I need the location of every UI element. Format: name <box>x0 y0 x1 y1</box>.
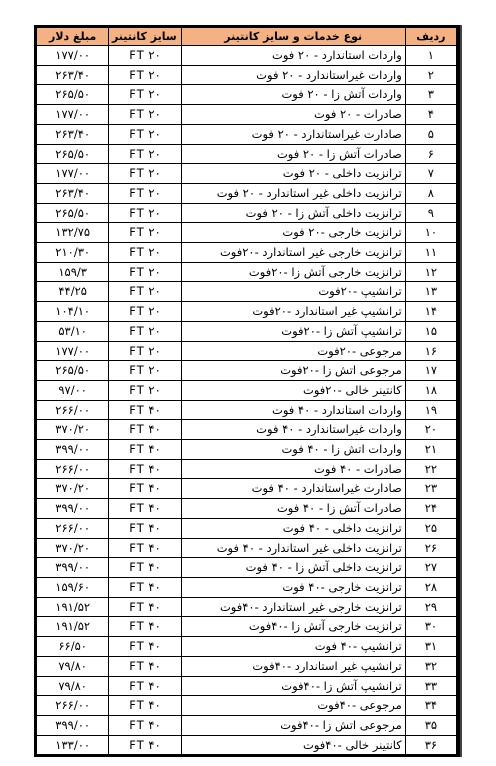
table-row: ۱۱ترانزیت خارجی غیر استاندارد -۲۰فوت۲۰ F… <box>37 243 457 263</box>
service-type-cell: کانتینر خالی -۴۰فوت <box>181 735 405 755</box>
table-row: ۲۵ترانزیت داخلی - ۴۰ فوت۴۰ FT۲۶۶/۰۰ <box>37 518 457 538</box>
table-row: ۸ترانزیت داخلی غیر استاندارد - ۲۰ فوت۲۰ … <box>37 183 457 203</box>
table-row: ۱۹واردات استاندارد - ۴۰ فوت۴۰ FT۲۶۶/۰۰ <box>37 400 457 420</box>
price-cell: ۱۳۲/۷۵ <box>37 223 109 243</box>
table-row: ۱۰ترانزیت خارجی -۲۰ فوت۲۰ FT۱۳۲/۷۵ <box>37 223 457 243</box>
service-type-cell: کانتینر خالی -۲۰فوت <box>181 380 405 400</box>
row-number-cell: ۱ <box>405 46 456 66</box>
service-type-cell: ترانزیت خارجی غیر استاندارد -۴۰فوت <box>181 597 405 617</box>
table-row: ۲۹ترانزیت خارجی غیر استاندارد -۴۰فوت۴۰ F… <box>37 597 457 617</box>
service-type-cell: ترانشیپ غیر استاندارد -۴۰فوت <box>181 656 405 676</box>
container-tariff-table: ردیف نوع خدمات و سایز کانتینر سایز کانتی… <box>36 27 457 755</box>
table-body: ۱واردات استاندارد - ۲۰ فوت۲۰ FT۱۷۷/۰۰۲وا… <box>37 46 457 755</box>
table-row: ۳۱ترانشیپ -۴۰ فوت۴۰ FT۶۶/۵۰ <box>37 637 457 657</box>
row-number-cell: ۹ <box>405 203 456 223</box>
row-number-cell: ۱۲ <box>405 262 456 282</box>
price-cell: ۲۶۳/۴۰ <box>37 124 109 144</box>
container-size-cell: ۲۰ FT <box>109 361 181 381</box>
price-cell: ۳۷۰/۲۰ <box>37 479 109 499</box>
service-type-cell: واردات استاندارد - ۲۰ فوت <box>181 46 405 66</box>
container-size-cell: ۴۰ FT <box>109 499 181 519</box>
service-type-cell: واردات استاندارد - ۴۰ فوت <box>181 400 405 420</box>
service-type-cell: ترانشیپ آتش زا -۴۰فوت <box>181 676 405 696</box>
row-number-cell: ۳ <box>405 85 456 105</box>
table-row: ۴صادرات - ۲۰ فوت۲۰ FT۱۷۷/۰۰ <box>37 105 457 125</box>
container-size-cell: ۴۰ FT <box>109 617 181 637</box>
service-type-cell: ترانزیت خارجی -۴۰ فوت <box>181 577 405 597</box>
price-cell: ۳۹۹/۰۰ <box>37 715 109 735</box>
price-cell: ۱۰۴/۱۰ <box>37 302 109 322</box>
table-row: ۲۸ترانزیت خارجی -۴۰ فوت۴۰ FT۱۵۹/۶۰ <box>37 577 457 597</box>
table-row: ۱واردات استاندارد - ۲۰ فوت۲۰ FT۱۷۷/۰۰ <box>37 46 457 66</box>
row-number-cell: ۴ <box>405 105 456 125</box>
row-number-cell: ۳۴ <box>405 696 456 716</box>
container-size-cell: ۴۰ FT <box>109 676 181 696</box>
row-number-cell: ۲ <box>405 65 456 85</box>
container-size-cell: ۴۰ FT <box>109 597 181 617</box>
table-row: ۳۵مرجوعی اتش زا -۴۰فوت۴۰ FT۳۹۹/۰۰ <box>37 715 457 735</box>
price-cell: ۲۱۰/۳۰ <box>37 243 109 263</box>
service-type-cell: واردات غیراستاندارد - ۴۰ فوت <box>181 420 405 440</box>
service-type-cell: صادرات - ۲۰ فوت <box>181 105 405 125</box>
service-type-cell: ترانزیت داخلی - ۴۰ فوت <box>181 518 405 538</box>
table-row: ۵صادارت غیراستاندارد - ۲۰ فوت۲۰ FT۲۶۳/۴۰ <box>37 124 457 144</box>
table-row: ۲۴صادرات آتش زا - ۴۰ فوت۴۰ FT۳۹۹/۰۰ <box>37 499 457 519</box>
table-row: ۳۴مرجوعی -۴۰فوت۴۰ FT۲۶۶/۰۰ <box>37 696 457 716</box>
price-cell: ۲۶۶/۰۰ <box>37 459 109 479</box>
service-type-cell: صادرات - ۴۰ فوت <box>181 459 405 479</box>
price-cell: ۲۶۶/۰۰ <box>37 400 109 420</box>
service-type-cell: ترانزیت داخلی آتش زا - ۲۰ فوت <box>181 203 405 223</box>
price-cell: ۳۹۹/۰۰ <box>37 440 109 460</box>
container-size-cell: ۲۰ FT <box>109 183 181 203</box>
row-number-cell: ۷ <box>405 164 456 184</box>
row-number-cell: ۳۰ <box>405 617 456 637</box>
row-number-cell: ۱۳ <box>405 282 456 302</box>
price-cell: ۱۵۹/۳ <box>37 262 109 282</box>
service-type-cell: صادارت غیراستاندارد - ۴۰ فوت <box>181 479 405 499</box>
table-row: ۲واردات غیراستاندارد - ۲۰ فوت۲۰ FT۲۶۳/۴۰ <box>37 65 457 85</box>
price-cell: ۳۹۹/۰۰ <box>37 558 109 578</box>
container-size-cell: ۴۰ FT <box>109 715 181 735</box>
container-size-cell: ۴۰ FT <box>109 558 181 578</box>
table-row: ۲۲صادرات - ۴۰ فوت۴۰ FT۲۶۶/۰۰ <box>37 459 457 479</box>
price-cell: ۷۹/۸۰ <box>37 656 109 676</box>
price-cell: ۶۶/۵۰ <box>37 637 109 657</box>
row-number-cell: ۱۴ <box>405 302 456 322</box>
service-type-cell: واردات اتش زا - ۴۰ فوت <box>181 440 405 460</box>
row-number-cell: ۲۲ <box>405 459 456 479</box>
tariff-table-container: ردیف نوع خدمات و سایز کانتینر سایز کانتی… <box>34 25 460 757</box>
price-cell: ۱۷۷/۰۰ <box>37 164 109 184</box>
price-cell: ۱۹۱/۵۲ <box>37 597 109 617</box>
container-size-cell: ۲۰ FT <box>109 302 181 322</box>
row-number-cell: ۲۰ <box>405 420 456 440</box>
row-number-cell: ۶ <box>405 144 456 164</box>
row-number-cell: ۳۱ <box>405 637 456 657</box>
row-number-cell: ۲۹ <box>405 597 456 617</box>
price-cell: ۲۶۶/۰۰ <box>37 696 109 716</box>
price-cell: ۹۷/۰۰ <box>37 380 109 400</box>
container-size-cell: ۴۰ FT <box>109 538 181 558</box>
service-type-cell: ترانشیپ آتش زا -۲۰فوت <box>181 321 405 341</box>
service-type-cell: مرجوعی -۴۰فوت <box>181 696 405 716</box>
header-container-size: سایز کانتینر <box>109 28 181 46</box>
container-size-cell: ۴۰ FT <box>109 696 181 716</box>
price-cell: ۴۴/۲۵ <box>37 282 109 302</box>
table-row: ۳۶کانتینر خالی -۴۰فوت۴۰ FT۱۳۳/۰۰ <box>37 735 457 755</box>
service-type-cell: ترانزیت داخلی غیر استاندارد - ۲۰ فوت <box>181 183 405 203</box>
price-cell: ۲۶۳/۴۰ <box>37 65 109 85</box>
row-number-cell: ۳۶ <box>405 735 456 755</box>
table-row: ۲۳صادارت غیراستاندارد - ۴۰ فوت۴۰ FT۳۷۰/۲… <box>37 479 457 499</box>
service-type-cell: مرجوعی -۲۰فوت <box>181 341 405 361</box>
price-cell: ۱۹۱/۵۲ <box>37 617 109 637</box>
price-cell: ۱۷۷/۰۰ <box>37 105 109 125</box>
row-number-cell: ۳۲ <box>405 656 456 676</box>
container-size-cell: ۲۰ FT <box>109 282 181 302</box>
table-row: ۹ترانزیت داخلی آتش زا - ۲۰ فوت۲۰ FT۲۶۵/۵… <box>37 203 457 223</box>
container-size-cell: ۴۰ FT <box>109 459 181 479</box>
price-cell: ۱۷۷/۰۰ <box>37 341 109 361</box>
row-number-cell: ۱۸ <box>405 380 456 400</box>
header-service-type: نوع خدمات و سایز کانتینر <box>181 28 405 46</box>
table-row: ۷ترانزیت داخلی - ۲۰ فوت۲۰ FT۱۷۷/۰۰ <box>37 164 457 184</box>
row-number-cell: ۱۹ <box>405 400 456 420</box>
table-row: ۱۷مرجوعی اتش زا -۲۰فوت۲۰ FT۲۶۵/۵۰ <box>37 361 457 381</box>
row-number-cell: ۱۱ <box>405 243 456 263</box>
price-cell: ۱۷۷/۰۰ <box>37 46 109 66</box>
service-type-cell: ترانشیپ -۲۰فوت <box>181 282 405 302</box>
container-size-cell: ۴۰ FT <box>109 637 181 657</box>
container-size-cell: ۴۰ FT <box>109 400 181 420</box>
row-number-cell: ۱۵ <box>405 321 456 341</box>
table-row: ۱۶مرجوعی -۲۰فوت۲۰ FT۱۷۷/۰۰ <box>37 341 457 361</box>
table-row: ۱۴ترانشیپ غیر استاندارد -۲۰فوت۲۰ FT۱۰۴/۱… <box>37 302 457 322</box>
price-cell: ۲۶۵/۵۰ <box>37 361 109 381</box>
table-row: ۲۰واردات غیراستاندارد - ۴۰ فوت۴۰ FT۳۷۰/۲… <box>37 420 457 440</box>
table-row: ۳۳ترانشیپ آتش زا -۴۰فوت۴۰ FT۷۹/۸۰ <box>37 676 457 696</box>
table-row: ۳واردات آتش زا - ۲۰ فوت۲۰ FT۲۶۵/۵۰ <box>37 85 457 105</box>
service-type-cell: واردات غیراستاندارد - ۲۰ فوت <box>181 65 405 85</box>
service-type-cell: ترانزیت داخلی غیر استاندارد - ۴۰ فوت <box>181 538 405 558</box>
service-type-cell: صادارت غیراستاندارد - ۲۰ فوت <box>181 124 405 144</box>
price-cell: ۲۶۵/۵۰ <box>37 203 109 223</box>
price-cell: ۳۷۰/۲۰ <box>37 420 109 440</box>
container-size-cell: ۲۰ FT <box>109 85 181 105</box>
row-number-cell: ۲۶ <box>405 538 456 558</box>
table-row: ۳۲ترانشیپ غیر استاندارد -۴۰فوت۴۰ FT۷۹/۸۰ <box>37 656 457 676</box>
price-cell: ۱۵۹/۶۰ <box>37 577 109 597</box>
price-cell: ۷۹/۸۰ <box>37 676 109 696</box>
service-type-cell: مرجوعی اتش زا -۲۰فوت <box>181 361 405 381</box>
container-size-cell: ۴۰ FT <box>109 479 181 499</box>
table-row: ۶صادرات آتش زا - ۲۰ فوت۲۰ FT۲۶۵/۵۰ <box>37 144 457 164</box>
container-size-cell: ۲۰ FT <box>109 223 181 243</box>
row-number-cell: ۳۵ <box>405 715 456 735</box>
row-number-cell: ۲۳ <box>405 479 456 499</box>
price-cell: ۲۶۵/۵۰ <box>37 85 109 105</box>
row-number-cell: ۲۸ <box>405 577 456 597</box>
row-number-cell: ۲۴ <box>405 499 456 519</box>
row-number-cell: ۱۶ <box>405 341 456 361</box>
table-row: ۲۷ترانزیت داخلی آتش زا - ۴۰ فوت۴۰ FT۳۹۹/… <box>37 558 457 578</box>
container-size-cell: ۴۰ FT <box>109 656 181 676</box>
container-size-cell: ۲۰ FT <box>109 380 181 400</box>
table-row: ۳۰ترانزیت خارجی آتش زا -۴۰فوت۴۰ FT۱۹۱/۵۲ <box>37 617 457 637</box>
price-cell: ۲۶۳/۴۰ <box>37 183 109 203</box>
container-size-cell: ۴۰ FT <box>109 735 181 755</box>
service-type-cell: ترانزیت خارجی آتش زا -۲۰فوت <box>181 262 405 282</box>
service-type-cell: صادرات آتش زا - ۲۰ فوت <box>181 144 405 164</box>
container-size-cell: ۲۰ FT <box>109 144 181 164</box>
price-cell: ۱۳۳/۰۰ <box>37 735 109 755</box>
row-number-cell: ۵ <box>405 124 456 144</box>
container-size-cell: ۲۰ FT <box>109 341 181 361</box>
row-number-cell: ۲۱ <box>405 440 456 460</box>
service-type-cell: صادرات آتش زا - ۴۰ فوت <box>181 499 405 519</box>
table-row: ۱۵ترانشیپ آتش زا -۲۰فوت۲۰ FT۵۳/۱۰ <box>37 321 457 341</box>
container-size-cell: ۲۰ FT <box>109 105 181 125</box>
container-size-cell: ۲۰ FT <box>109 164 181 184</box>
container-size-cell: ۲۰ FT <box>109 46 181 66</box>
row-number-cell: ۱۰ <box>405 223 456 243</box>
row-number-cell: ۸ <box>405 183 456 203</box>
container-size-cell: ۴۰ FT <box>109 420 181 440</box>
service-type-cell: ترانزیت داخلی آتش زا - ۴۰ فوت <box>181 558 405 578</box>
row-number-cell: ۲۷ <box>405 558 456 578</box>
service-type-cell: ترانشیپ -۴۰ فوت <box>181 637 405 657</box>
service-type-cell: ترانزیت خارجی غیر استاندارد -۲۰فوت <box>181 243 405 263</box>
container-size-cell: ۲۰ FT <box>109 262 181 282</box>
container-size-cell: ۲۰ FT <box>109 321 181 341</box>
table-row: ۱۳ترانشیپ -۲۰فوت۲۰ FT۴۴/۲۵ <box>37 282 457 302</box>
container-size-cell: ۴۰ FT <box>109 577 181 597</box>
header-price-usd: مبلغ دلار <box>37 28 109 46</box>
service-type-cell: ترانزیت خارجی -۲۰ فوت <box>181 223 405 243</box>
price-cell: ۲۶۵/۵۰ <box>37 144 109 164</box>
container-size-cell: ۲۰ FT <box>109 243 181 263</box>
container-size-cell: ۲۰ FT <box>109 203 181 223</box>
price-cell: ۲۶۶/۰۰ <box>37 518 109 538</box>
table-row: ۲۶ترانزیت داخلی غیر استاندارد - ۴۰ فوت۴۰… <box>37 538 457 558</box>
table-row: ۱۲ترانزیت خارجی آتش زا -۲۰فوت۲۰ FT۱۵۹/۳ <box>37 262 457 282</box>
table-row: ۱۸کانتینر خالی -۲۰فوت۲۰ FT۹۷/۰۰ <box>37 380 457 400</box>
service-type-cell: ترانزیت داخلی - ۲۰ فوت <box>181 164 405 184</box>
price-cell: ۳۹۹/۰۰ <box>37 499 109 519</box>
table-row: ۲۱واردات اتش زا - ۴۰ فوت۴۰ FT۳۹۹/۰۰ <box>37 440 457 460</box>
container-size-cell: ۴۰ FT <box>109 518 181 538</box>
price-cell: ۵۳/۱۰ <box>37 321 109 341</box>
container-size-cell: ۲۰ FT <box>109 124 181 144</box>
service-type-cell: ترانزیت خارجی آتش زا -۴۰فوت <box>181 617 405 637</box>
table-header-row: ردیف نوع خدمات و سایز کانتینر سایز کانتی… <box>37 28 457 46</box>
row-number-cell: ۳۳ <box>405 676 456 696</box>
service-type-cell: واردات آتش زا - ۲۰ فوت <box>181 85 405 105</box>
header-row-number: ردیف <box>405 28 456 46</box>
container-size-cell: ۲۰ FT <box>109 65 181 85</box>
container-size-cell: ۴۰ FT <box>109 440 181 460</box>
row-number-cell: ۲۵ <box>405 518 456 538</box>
row-number-cell: ۱۷ <box>405 361 456 381</box>
price-cell: ۳۷۰/۲۰ <box>37 538 109 558</box>
service-type-cell: مرجوعی اتش زا -۴۰فوت <box>181 715 405 735</box>
service-type-cell: ترانشیپ غیر استاندارد -۲۰فوت <box>181 302 405 322</box>
